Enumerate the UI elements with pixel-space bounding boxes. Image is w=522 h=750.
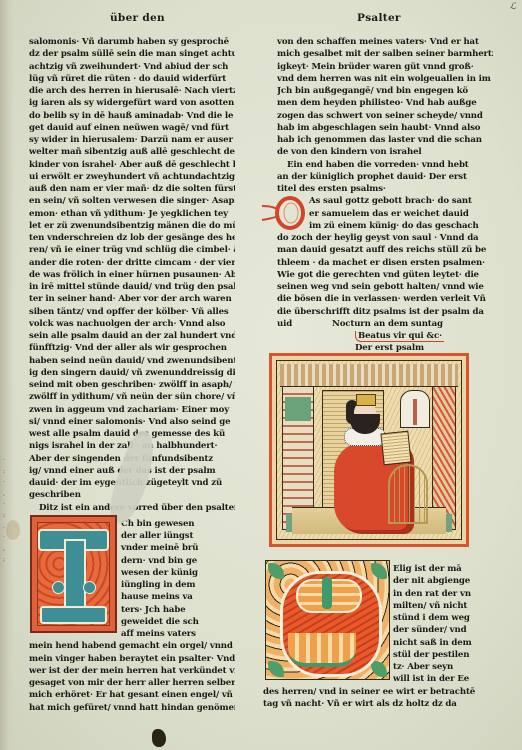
arched-window (400, 390, 430, 428)
text-line: der sünder/ vnd (393, 624, 493, 636)
text-line: mein vinger haben beraytet ein psalter· … (29, 653, 235, 665)
text-line: ander die roten· der dritte cimcam · der… (29, 257, 235, 269)
text-line: sy wider in hierusalem· Darzü nam er aus… (29, 134, 235, 146)
text-line: nicht saß in dem (393, 637, 493, 649)
text-line: volck was nachuolgen der arch· Vnnd also (29, 318, 235, 330)
text-line: uid (277, 319, 292, 329)
text-line: en sein/ vñ solten verwesen die singer· … (29, 195, 235, 207)
text-line: die bösen die in verlassen· werden verle… (277, 293, 493, 305)
text-line: lüg vñ rüret die rüten · do dauid widerf… (29, 73, 235, 85)
text-line: an der küniglich prophet dauid· Der erst (277, 171, 493, 183)
text-line: Ein end haben die vorreden· vnnd hebt (277, 159, 493, 171)
text-line: die arch des herren in hierusalē· Nach v… (29, 85, 235, 97)
text-line: milten/ vñ nicht (393, 600, 493, 612)
text-line: do belib sy in dē hauß aminadab· Vnd die… (29, 110, 235, 122)
text-line: achtzig vñ zweihundert· Vnd abiud der sc… (29, 61, 235, 73)
text-line: de von den kindern von israhel (277, 146, 493, 158)
text-line: wer ist der der mein herren hat verkünde… (29, 665, 235, 677)
text-line: welter mañ sibentzig auß allē geschlecht… (29, 146, 235, 158)
text-line: As saul gottz gebott brach· do sant (277, 195, 493, 207)
text-line: mich gesalbet mit der salben seiner barm… (277, 48, 493, 60)
text-line: ui erwölt er zweyhundert vñ achtundachtz… (29, 171, 235, 183)
text-line: hab ich genommen das laster vnd die scha… (277, 134, 493, 146)
text-line: mein hend habend gemacht ein orgel/ vnnd (29, 640, 235, 652)
text-line: get dauid auf einen neüwen wagē/ vnd für… (29, 122, 235, 134)
illuminated-initial-s (265, 560, 390, 680)
text-line: men dem heyden philisteo· Vnd hab außge (277, 97, 493, 109)
text-line: gesaget von mir der herr aller herren se… (29, 677, 235, 689)
text-line: salomonis· Vñ darumb haben sy gesprochē (29, 36, 235, 48)
initial-knob (83, 581, 96, 594)
text-line: titel des ersten psalms· (277, 183, 493, 195)
text-line: zogen das schwert von seiner scheyde/ vn… (277, 110, 493, 122)
text-line: auß den nam er vier mañ· dz die solten f… (29, 183, 235, 195)
text-line: si/ vnnd einer salomonis· Vnd also seind… (29, 416, 235, 428)
text-line: emon· ethan vñ ydithum· Je yegklichen te… (29, 208, 235, 220)
text-line: Wie got die gerechten vnd güten leytet· … (277, 269, 493, 281)
text-line: dz der psalm süllē sein die man singet a… (29, 48, 235, 60)
text-line: seind mit oben geschriben· zwölff in asa… (29, 379, 235, 391)
text-line: fünfftzig· Vnd der aller als wir gesproc… (29, 342, 235, 354)
text-line: haben seind neün dauid/ vnd zwenundsiben… (29, 355, 235, 367)
running-head-right: Psalter (357, 12, 401, 24)
text-line: hat mich gefüret/ vnnd hatt hindan genöm… (29, 702, 235, 714)
running-head-left: über den (110, 12, 165, 24)
text-line: ig iaren als sy widergefürt ward von aso… (29, 97, 235, 109)
text-line: stünd i dem weg (393, 612, 493, 624)
text-line: seinen weg vnd sein gebott halten/ vnnd … (277, 281, 493, 293)
beside-initial-s-text: Elig ist der mā der nit abgienge in den … (393, 563, 493, 686)
ink-blot (152, 729, 166, 747)
text-line: vnd dem herren was nit ein wolgeuallen i… (277, 73, 493, 85)
text-line: ter in seiner hand· Aber vor der arch wa… (29, 293, 235, 305)
text-line: ig den singern dauid/ vñ zwenunddreissig… (29, 367, 235, 379)
text-line: der nit abgienge (393, 575, 493, 587)
page-gutter (0, 0, 14, 750)
crown-icon (356, 394, 376, 406)
open-book (380, 431, 411, 466)
text-line: Elig ist der mā (393, 563, 493, 575)
text-line: let er zü zwenundsibentzig mänen die do … (29, 220, 235, 232)
text-line: sein alle psalm dauid an der zal hundert… (29, 330, 235, 342)
text-line: stül der pestilen (393, 649, 493, 661)
nocturn-heading: Nocturn an dem suntag (332, 318, 443, 330)
text-line: ren/ vñ ie einer trüg vnd schlüg die cim… (29, 244, 235, 256)
text-line: tz· Aber seyn (393, 661, 493, 673)
folio-mark: ℒ (510, 2, 516, 12)
illuminated-initial-i (30, 515, 117, 633)
document-page: · : · , · : . · , ; über den Psalter ℒ s… (0, 0, 522, 750)
text-line: im zü einem künig· do das geschach (277, 220, 493, 232)
text-line: des herren/ vnd in seiner ee wirt er bet… (263, 686, 493, 698)
arch-canopy (280, 364, 458, 387)
text-line: ten vnderschreien dz lob der gesänge des… (29, 232, 235, 244)
woodcut-king-david (269, 353, 469, 547)
text-line: die überschrifft ditz psalms ist der psa… (277, 306, 493, 318)
text-line: siben täntz/ vnd opffer der kölber· Vñ a… (29, 306, 235, 318)
initial-foot (40, 606, 107, 624)
text-line: thleem · da machet er disen ersten psalm… (277, 257, 493, 269)
stain (6, 520, 20, 540)
text-line: zwölff in ydithum/ vñ neün der sün chore… (29, 391, 235, 403)
text-line: igkeyt· Mein brüder waren güt vnnd groß· (277, 61, 493, 73)
leaf-ornament (322, 577, 332, 609)
text-line: do zoch der heylig geyst von saul · Vnnd… (277, 232, 493, 244)
text-line: kinder von israhel· Aber auß dē geschlec… (29, 159, 235, 171)
gutter-marks: · : · , · : . · , ; (3, 455, 11, 565)
psalm-incipit: Beatus vir qui &c· (355, 331, 444, 342)
text-line: tag vñ nacht· Vñ er wirt als dz holtz dz… (263, 698, 493, 710)
text-line: man dauid gesatzt auff des reichs stüll … (277, 244, 493, 256)
text-line: de was frölich in einer hürnen pusaunen·… (29, 269, 235, 281)
text-line: hab im abgeschlagen sein haubt· Vnnd als… (277, 122, 493, 134)
text-line: mich erhöret· Er hat gesant einen engel/… (29, 689, 235, 701)
right-text-column: von den schaffen meines vaters· Vnd er h… (277, 36, 493, 355)
text-line: zwen in aggeum vnd zachariam· Einer moy (29, 404, 235, 416)
text-line: in irē mittel stünde dauid/ vnd trüg den… (29, 281, 235, 293)
text-line: in den rat der vn (393, 588, 493, 600)
text-line: von den schaffen meines vaters· Vnd er h… (277, 36, 493, 48)
text-line: will ist in der Ee (393, 673, 493, 685)
text-line: Jch bin außgegangē/ vnd bin engegen kö (277, 85, 493, 97)
text-line: er samuelem das er weichet dauid (277, 208, 493, 220)
after-initial-s-text: des herren/ vnd in seiner ee wirt er bet… (263, 686, 493, 711)
red-initial-d (260, 196, 308, 232)
initial-knob (52, 581, 65, 594)
harp-icon (388, 464, 428, 524)
